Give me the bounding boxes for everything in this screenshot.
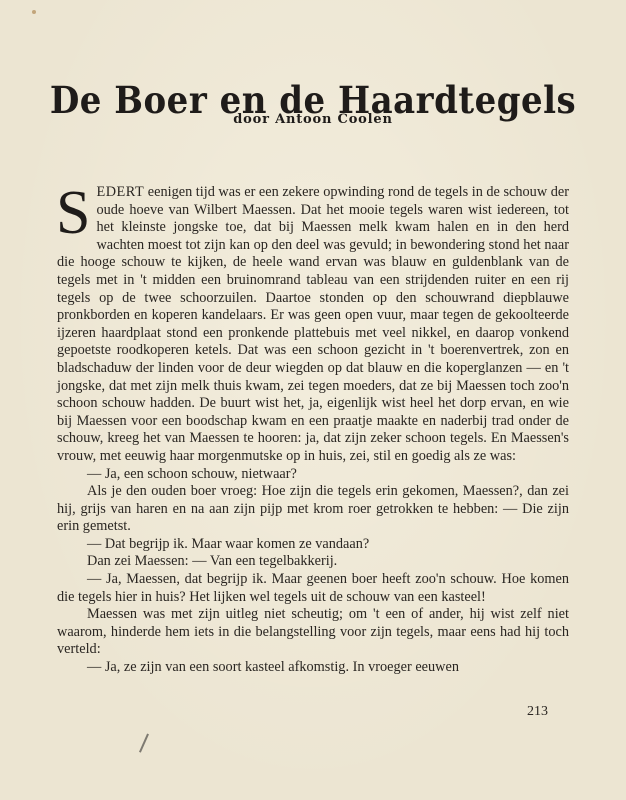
paragraph-8: — Ja, ze zijn van een soort kasteel afko… [57,659,569,677]
paper-stain [32,10,36,14]
paragraph-6: — Ja, Maessen, dat begrijp ik. Maar geen… [57,571,569,606]
paragraph-5: Dan zei Maessen: — Van een tegelbakkerij… [57,553,569,571]
pencil-mark [139,734,149,753]
scanned-page: De Boer en de Haardtegels door Antoon Co… [0,0,626,800]
page-number: 213 [527,704,548,720]
paragraph-7: Maessen was met zijn uitleg niet scheuti… [57,606,569,659]
story-body: SEDERT eenigen tijd was er een zekere op… [57,184,569,677]
paragraph-4: — Dat begrijp ik. Maar waar komen ze van… [57,536,569,554]
paragraph-text: eenigen tijd was er een zekere opwinding… [57,184,569,464]
paragraph-3: Als je den ouden boer vroeg: Hoe zijn di… [57,483,569,536]
author-byline: door Antoon Coolen [0,112,626,127]
paragraph-2: — Ja, een schoon schouw, nietwaar? [57,466,569,484]
drop-cap: S [56,188,90,238]
lead-word: EDERT [96,184,144,200]
paragraph-1: SEDERT eenigen tijd was er een zekere op… [57,184,569,466]
